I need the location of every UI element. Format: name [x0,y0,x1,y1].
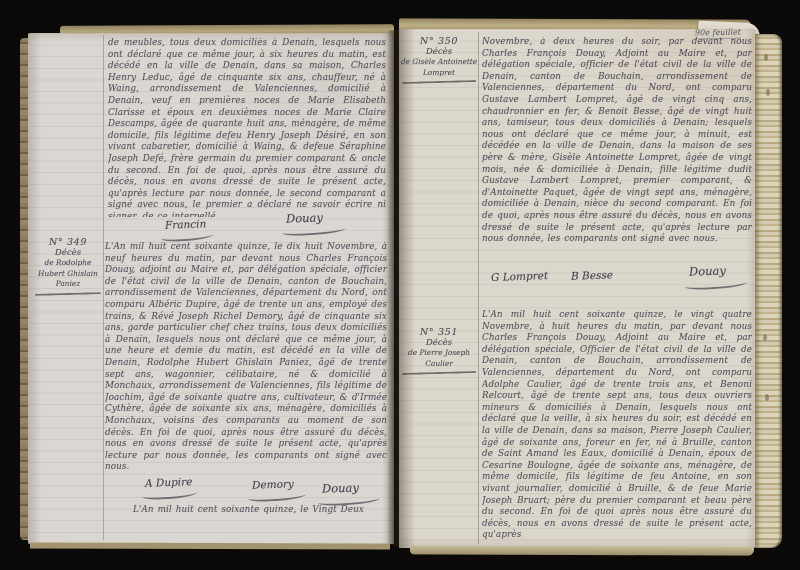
act-type: Décès [30,248,106,258]
margin-note-act-351: N° 351 Décès de Pierre Joseph Caulier [397,327,481,374]
right-page: 90e feuillet N° 350 Décès de Gisèle Anto… [399,29,756,548]
fore-edge-ink-mark [764,54,768,61]
left-page: de meubles, tous deux domiciliés à Denai… [28,33,394,544]
deceased-name-2: Lompret [397,68,481,79]
act-continuation-text: de meubles, tous deux domiciliés à Denai… [108,38,386,217]
deceased-name-1: de Pierre Joseph [397,348,481,359]
signature-flourish [282,224,346,236]
next-act-opening-line: L'An mil huit cent soixante quinze, le V… [133,505,364,515]
margin-separator-rule [402,371,476,375]
right-page-margin-line [478,32,479,544]
signature-flourish [161,231,213,243]
deceased-name-1: de Gisèle Antoinette [397,57,481,68]
fore-edge-ink-mark [765,394,769,401]
signature-comparant-2: B Besse [571,269,613,282]
book-bottom-edge-right [410,545,754,555]
act-350-text: Novembre, à deux heures du soir, par dev… [482,37,752,262]
signature-officier: Douay [322,480,359,495]
act-type: Décès [397,338,481,348]
act-349-text: L'An mil huit cent soixante quinze, le d… [105,242,387,474]
deceased-name-2: Caulier [397,359,481,370]
margin-note-act-350: N° 350 Décès de Gisèle Antoinette Lompre… [397,36,481,83]
signature-flourish [685,278,747,290]
fore-edge-ink-mark [763,334,767,341]
deceased-name-2: Hubert Ghislain [30,269,106,280]
signature-comparant-1: G Lompret [491,270,549,284]
signature-comparant-2: Demory [252,478,294,491]
signature-comparant: Francin [165,218,207,231]
act-number: N° 351 [397,327,481,338]
margin-note-act-349: N° 349 Décès de Rodolphe Hubert Ghislain… [30,237,106,295]
deceased-name-1: de Rodolphe [30,258,106,269]
act-351-text: L'An mil huit cent soixante quinze, le v… [482,310,752,546]
book-bottom-edge-left [30,543,390,550]
signature-flourish [248,490,306,502]
margin-separator-rule [35,292,101,296]
signature-comparant-1: A Dupire [145,476,193,490]
signature-officier: Douay [689,263,726,278]
signature-flourish [142,489,197,501]
scanned-register-photo: de meubles, tous deux domiciliés à Denai… [0,0,800,570]
act-number: N° 349 [30,237,106,248]
book-fore-edge [755,34,782,548]
act-number: N° 350 [397,36,481,47]
act-type: Décès [397,47,481,57]
fore-edge-ink-mark [766,89,770,96]
margin-separator-rule [402,80,476,84]
deceased-name-3: Paniez [30,279,106,290]
signature-officier: Douay [286,210,323,225]
